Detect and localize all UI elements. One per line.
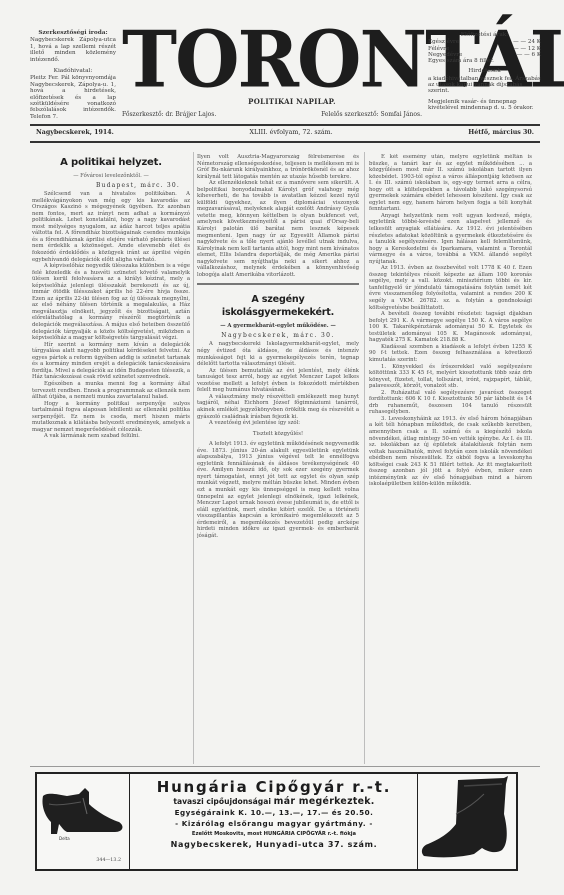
subscription-heading: Előfizetési árak:	[428, 32, 541, 38]
article-salutation: Tisztelt közgyűlés!	[197, 431, 359, 438]
masthead-left-info: Szerkesztőségi iroda: Nagybecskerek Zápo…	[30, 30, 116, 120]
ladies-shoe-icon	[37, 774, 129, 854]
ad-right-panel	[417, 774, 516, 869]
article-paragraph: A képviselőház negyedik ülésszaka különb…	[32, 263, 190, 342]
ad-announcement-regular: tavaszi cipőujdonságai	[173, 797, 271, 806]
article-paragraph: A vezetőség évi jelentése így szól:	[197, 420, 359, 427]
publisher-text: Pleitz Fer. Pál könyvnyomdája Nagybecske…	[30, 75, 116, 120]
article-paragraph: A lefolyt 1913. év egyletünk működésének…	[197, 441, 359, 539]
article-paragraph: Hír szerint a kormány nem kíván a delegá…	[32, 342, 190, 381]
editors-line: Főszerkesztő: dr. Brájjer Lajos. Felelős…	[122, 111, 422, 118]
editorial-office-heading: Szerkesztőségi iroda:	[30, 30, 116, 36]
article-paragraph: 2. Ruházattal való segélyezésre javarész…	[369, 390, 532, 416]
article-paragraph: Az 1913. évben az összbevétel volt 1778 …	[369, 265, 532, 311]
column-1: A politikai helyzet. — Fővárosi levelező…	[32, 154, 190, 766]
ad-announcement: tavaszi cipőujdonságai már megérkeztek.	[131, 796, 417, 807]
article-paragraph: Egészében a munka menni fog a kormány ál…	[32, 381, 190, 401]
dateline-place-year: Nagybecskerek, 1914.	[36, 129, 114, 136]
article-place-date: Nagybecskerek, márc. 30.	[197, 333, 359, 340]
ads-heading: Hirdetések	[428, 68, 541, 74]
article-paragraph: Szélcsend van a hivatalos politikában. A…	[32, 191, 190, 263]
article-divider	[197, 283, 359, 285]
article-paragraph: E két esemény után, melyre egyletünk mél…	[369, 154, 532, 213]
boot-icon	[418, 774, 516, 869]
editorial-office-text: Nagybecskerek Zápolya-utca 1, hová a lap…	[30, 37, 116, 63]
newspaper-subtitle: POLITIKAI NAPILAP.	[222, 97, 362, 106]
ad-company-name: Hungária Cipőgyár r.-t.	[131, 779, 417, 796]
managing-editor: Felelős szerkesztő: Somfai János.	[321, 111, 422, 118]
dateline-day: Hétfő, március 30.	[468, 129, 534, 136]
article-title-school: A szegény iskolásgyermekekért.	[197, 293, 359, 319]
single-copy-price: Egyes szám ára 8 fillér.	[428, 58, 541, 64]
article-paragraph: A nagybecskereki Iskolagyermekbarát-egyl…	[197, 341, 359, 367]
article-place-date: Budapest, márc. 30.	[32, 183, 190, 190]
ads-text: a kiadóhivatalban vesznek fel. Árszabás …	[428, 76, 541, 95]
article-title-politics: A politikai helyzet.	[32, 156, 190, 169]
article-paragraph: 1. Könyvekkel és írószerekkel való segél…	[369, 364, 532, 390]
article-paragraph: A bevételi összeg további részletei: tag…	[369, 311, 532, 344]
article-paragraph: Az ülésen bemutatták az évi jelentést, m…	[197, 368, 359, 394]
ad-left-panel: Delta 344—13.2	[37, 774, 130, 869]
ad-text-panel: Hungária Cipőgyár r.-t. tavaszi cipőujdo…	[131, 774, 417, 869]
column-divider	[193, 152, 194, 764]
article-paragraph: 3. Leveskonyháink az 1913. év első három…	[369, 416, 532, 488]
ad-former-name: Ezelőtt Moskovits, most HUNGÁRIA CIPŐGYÁ…	[131, 829, 417, 839]
article-paragraph: Kiadással szemben a kiadások a lefolyt é…	[369, 344, 532, 364]
ad-announcement-bold: már megérkeztek.	[274, 796, 375, 807]
ad-top-divider	[30, 766, 540, 767]
masthead-right-info: Előfizetési árak: Egész évre— — 24 K Fél…	[428, 32, 541, 111]
article-paragraph: Hogy a kormány politikai serpenyője suly…	[32, 401, 190, 434]
shoe-brand-label: Delta	[59, 836, 70, 841]
article-subtitle: — A gyermekbarát-egylet működése. —	[197, 323, 359, 330]
ad-prices: Egységáraink K. 10.—, 13.—, 17.— és 20.5…	[131, 807, 417, 818]
dateline: Nagybecskerek, 1914. XLIII. évfolyam, 72…	[36, 129, 534, 136]
column-2: Ilyen volt Ausztria-Magyarország félreis…	[197, 154, 359, 766]
ad-code: 344—13.2	[96, 858, 121, 863]
article-paragraph: Ilyen volt Ausztria-Magyarország félreis…	[197, 154, 359, 180]
shoe-advertisement: Delta 344—13.2 Hungária Cipőgyár r.-t. t…	[35, 772, 518, 871]
newspaper-page: Szerkesztőségi iroda: Nagybecskerek Zápo…	[0, 0, 564, 895]
article-paragraph: Az ellenzékieknek tehát ez a manővere se…	[197, 180, 359, 278]
article-paragraph: A választmány mely részvétteli emlékezet…	[197, 394, 359, 420]
publisher-heading: Kiadóhivatal:	[30, 68, 116, 74]
column-divider	[364, 152, 365, 764]
article-paragraph: Anyagi helyzetünk nem volt ugyan kedvező…	[369, 213, 532, 265]
dateline-volume: XLIII. évfolyam, 72. szám.	[250, 129, 333, 136]
newspaper-title: TORONTÁL	[122, 20, 422, 100]
article-paragraph: A vak lármának nem szabad felülni.	[32, 433, 190, 440]
ad-address: Nagybecskerek, Hunyadi-utca 37. szám.	[131, 839, 417, 850]
article-subtitle: — Fővárosi levelezőnktől. —	[32, 173, 190, 180]
masthead-divider	[30, 124, 540, 126]
price-value: — — 6 K	[517, 52, 541, 58]
editor-in-chief: Főszerkesztő: dr. Brájjer Lajos.	[122, 111, 216, 118]
column-3: E két esemény után, melyre egyletünk mél…	[369, 154, 532, 766]
ad-tagline: - Kizárólag elsőrangu magyar gyártmány. …	[131, 818, 417, 829]
dateline-divider	[30, 141, 540, 143]
publication-schedule: Megjelenik vasár- és ünnepnap kivételéve…	[428, 99, 541, 112]
